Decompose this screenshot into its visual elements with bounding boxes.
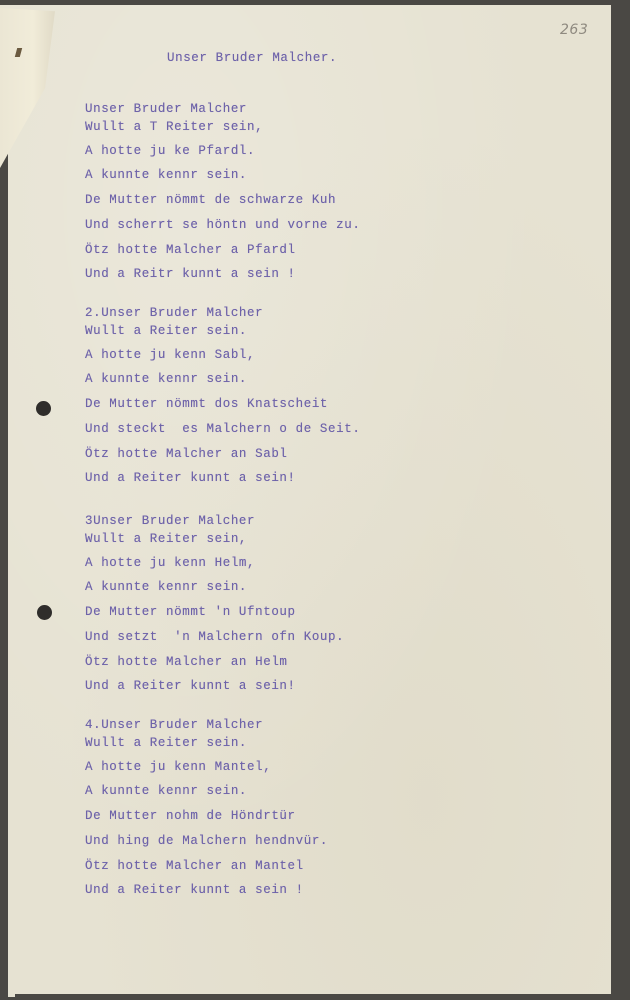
poem-line: A hotte ju ke Pfardl. bbox=[85, 144, 255, 158]
scan-background-edge bbox=[0, 150, 8, 1000]
poem-line: 3Unser Bruder Malcher bbox=[85, 514, 255, 528]
punch-hole-icon bbox=[36, 401, 51, 416]
poem-line: A hotte ju kenn Sabl, bbox=[85, 348, 255, 362]
poem-line: Und a Reiter kunnt a sein ! bbox=[85, 883, 304, 897]
poem-line: Und a Reiter kunnt a sein! bbox=[85, 471, 296, 485]
poem-title: Unser Bruder Malcher. bbox=[167, 51, 337, 65]
poem-line: A hotte ju kenn Mantel, bbox=[85, 760, 271, 774]
poem-line: Wullt a Reiter sein. bbox=[85, 324, 247, 338]
scanned-page: 263 Unser Bruder Malcher. Unser Bruder M… bbox=[0, 0, 630, 1000]
page-number: 263 bbox=[560, 22, 588, 38]
poem-line: A kunnte kennr sein. bbox=[85, 580, 247, 594]
poem-line: De Mutter nömmt dos Knatscheit bbox=[85, 397, 328, 411]
poem-line: Und hing de Malchern hendnvür. bbox=[85, 834, 328, 848]
poem-line: Ötz hotte Malcher a Pfardl bbox=[85, 243, 296, 257]
poem-line: A kunnte kennr sein. bbox=[85, 372, 247, 386]
poem-line: Ötz hotte Malcher an Mantel bbox=[85, 859, 304, 873]
punch-hole-icon bbox=[37, 605, 52, 620]
poem-line: A kunnte kennr sein. bbox=[85, 784, 247, 798]
poem-line: Und scherrt se höntn und vorne zu. bbox=[85, 218, 360, 232]
poem-line: Und a Reiter kunnt a sein! bbox=[85, 679, 296, 693]
poem-line: A hotte ju kenn Helm, bbox=[85, 556, 255, 570]
poem-line: Unser Bruder Malcher bbox=[85, 102, 247, 116]
poem-line: Und a Reitr kunnt a sein ! bbox=[85, 267, 296, 281]
poem-line: Ötz hotte Malcher an Sabl bbox=[85, 447, 288, 461]
poem-line: 2.Unser Bruder Malcher bbox=[85, 306, 263, 320]
scan-background-bottom bbox=[15, 994, 615, 1000]
poem-line: 4.Unser Bruder Malcher bbox=[85, 718, 263, 732]
poem-line: De Mutter nömmt 'n Ufntoup bbox=[85, 605, 296, 619]
poem-line: Und steckt es Malchern o de Seit. bbox=[85, 422, 360, 436]
poem-line: De Mutter nömmt de schwarze Kuh bbox=[85, 193, 336, 207]
poem-line: De Mutter nohm de Höndrtür bbox=[85, 809, 296, 823]
poem-line: Wullt a T Reiter sein, bbox=[85, 120, 263, 134]
bleed-through-text bbox=[290, 495, 570, 755]
poem-line: Wullt a Reiter sein, bbox=[85, 532, 247, 546]
poem-line: Ötz hotte Malcher an Helm bbox=[85, 655, 288, 669]
poem-line: A kunnte kennr sein. bbox=[85, 168, 247, 182]
poem-line: Und setzt 'n Malchern ofn Koup. bbox=[85, 630, 344, 644]
poem-line: Wullt a Reiter sein. bbox=[85, 736, 247, 750]
